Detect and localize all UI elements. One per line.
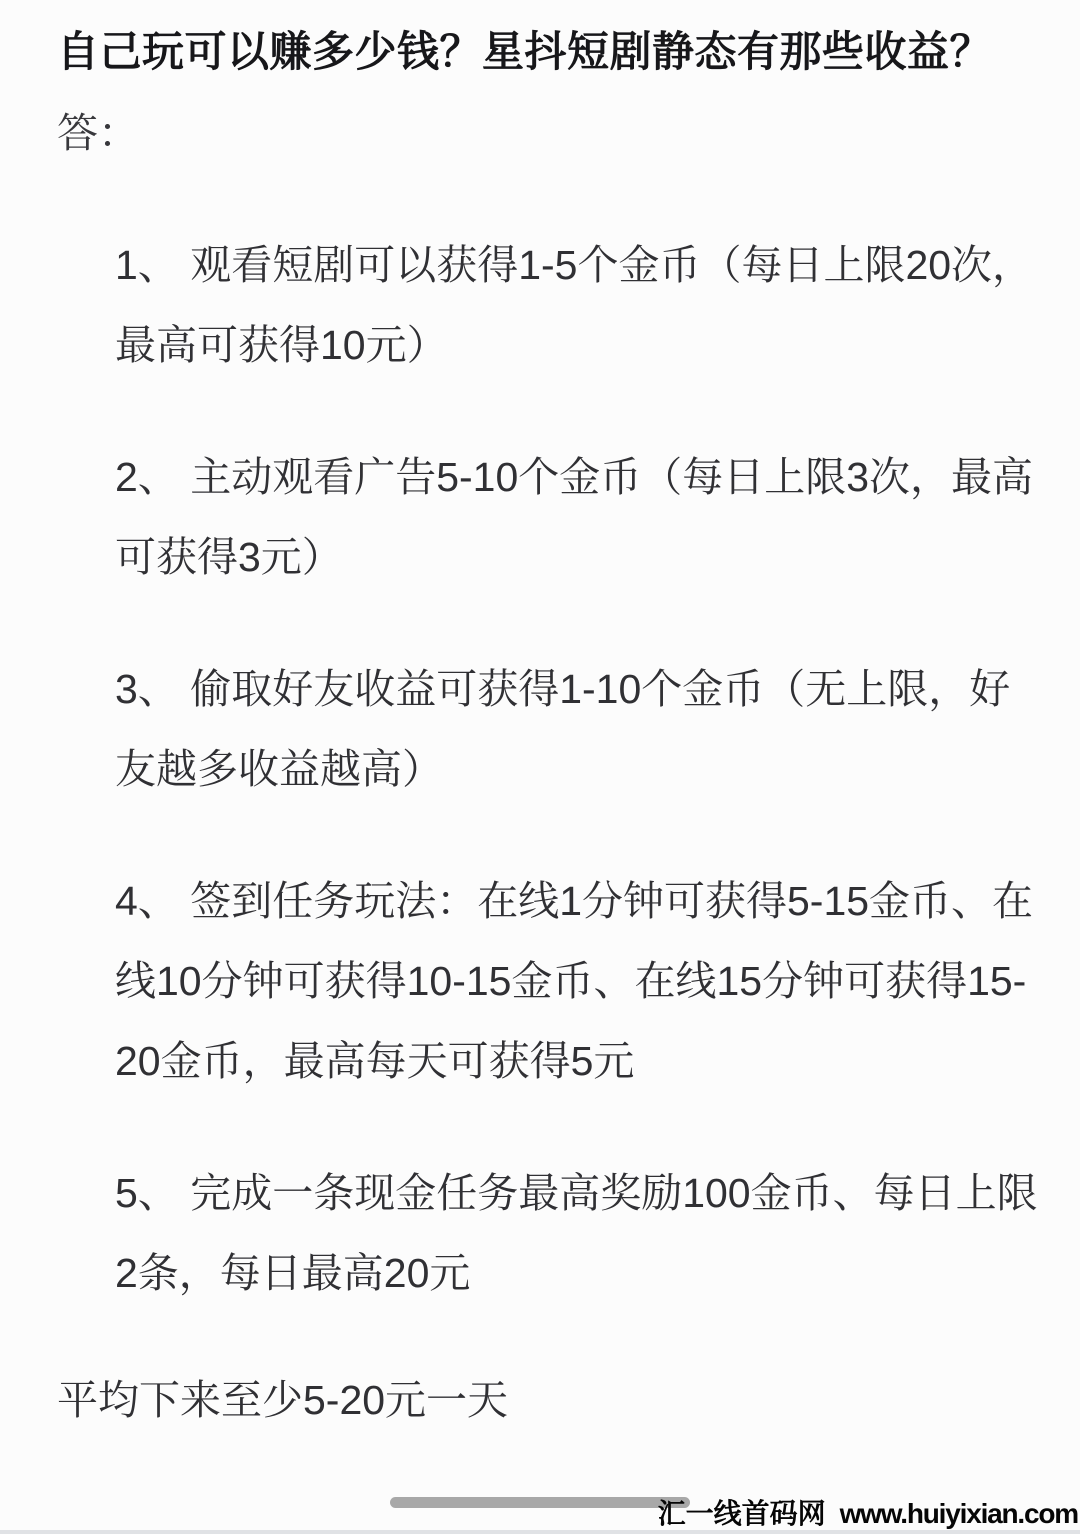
answer-label: 答： (57, 110, 1040, 156)
list-item-5: 5、 完成一条现金任务最高奖励100金币、每日上限 2条，每日最高20元 (115, 1153, 1050, 1313)
watermark: 汇一线首码网www.huiyixian.com (658, 1499, 1078, 1534)
watermark-url: www.huiyixian.com (840, 1498, 1078, 1529)
list-item-3: 3、 偷取好友收益可获得1-10个金币（无上限，好 友越多收益越高） (115, 649, 1050, 809)
benefit-list: 1、 观看短剧可以获得1-5个金币（每日上限20次， 最高可获得10元） 2、 … (115, 225, 1050, 1313)
page-title: 自己玩可以赚多少钱？星抖短剧静态有那些收益？ (57, 26, 1040, 78)
document-page: 自己玩可以赚多少钱？星抖短剧静态有那些收益？ 答： 1、 观看短剧可以获得1-5… (0, 0, 1080, 1534)
list-item-2: 2、 主动观看广告5-10个金币（每日上限3次，最高 可获得3元） (115, 437, 1050, 597)
list-item-1: 1、 观看短剧可以获得1-5个金币（每日上限20次， 最高可获得10元） (115, 225, 1050, 385)
watermark-site-name: 汇一线首码网 (658, 1498, 826, 1529)
bottom-edge-strip (0, 1530, 1080, 1534)
summary-note: 平均下来至少5-20元一天 (57, 1372, 1040, 1428)
list-item-4: 4、 签到任务玩法：在线1分钟可获得5-15金币、在 线10分钟可获得10-15… (115, 861, 1050, 1101)
home-indicator-bar[interactable] (390, 1497, 690, 1508)
